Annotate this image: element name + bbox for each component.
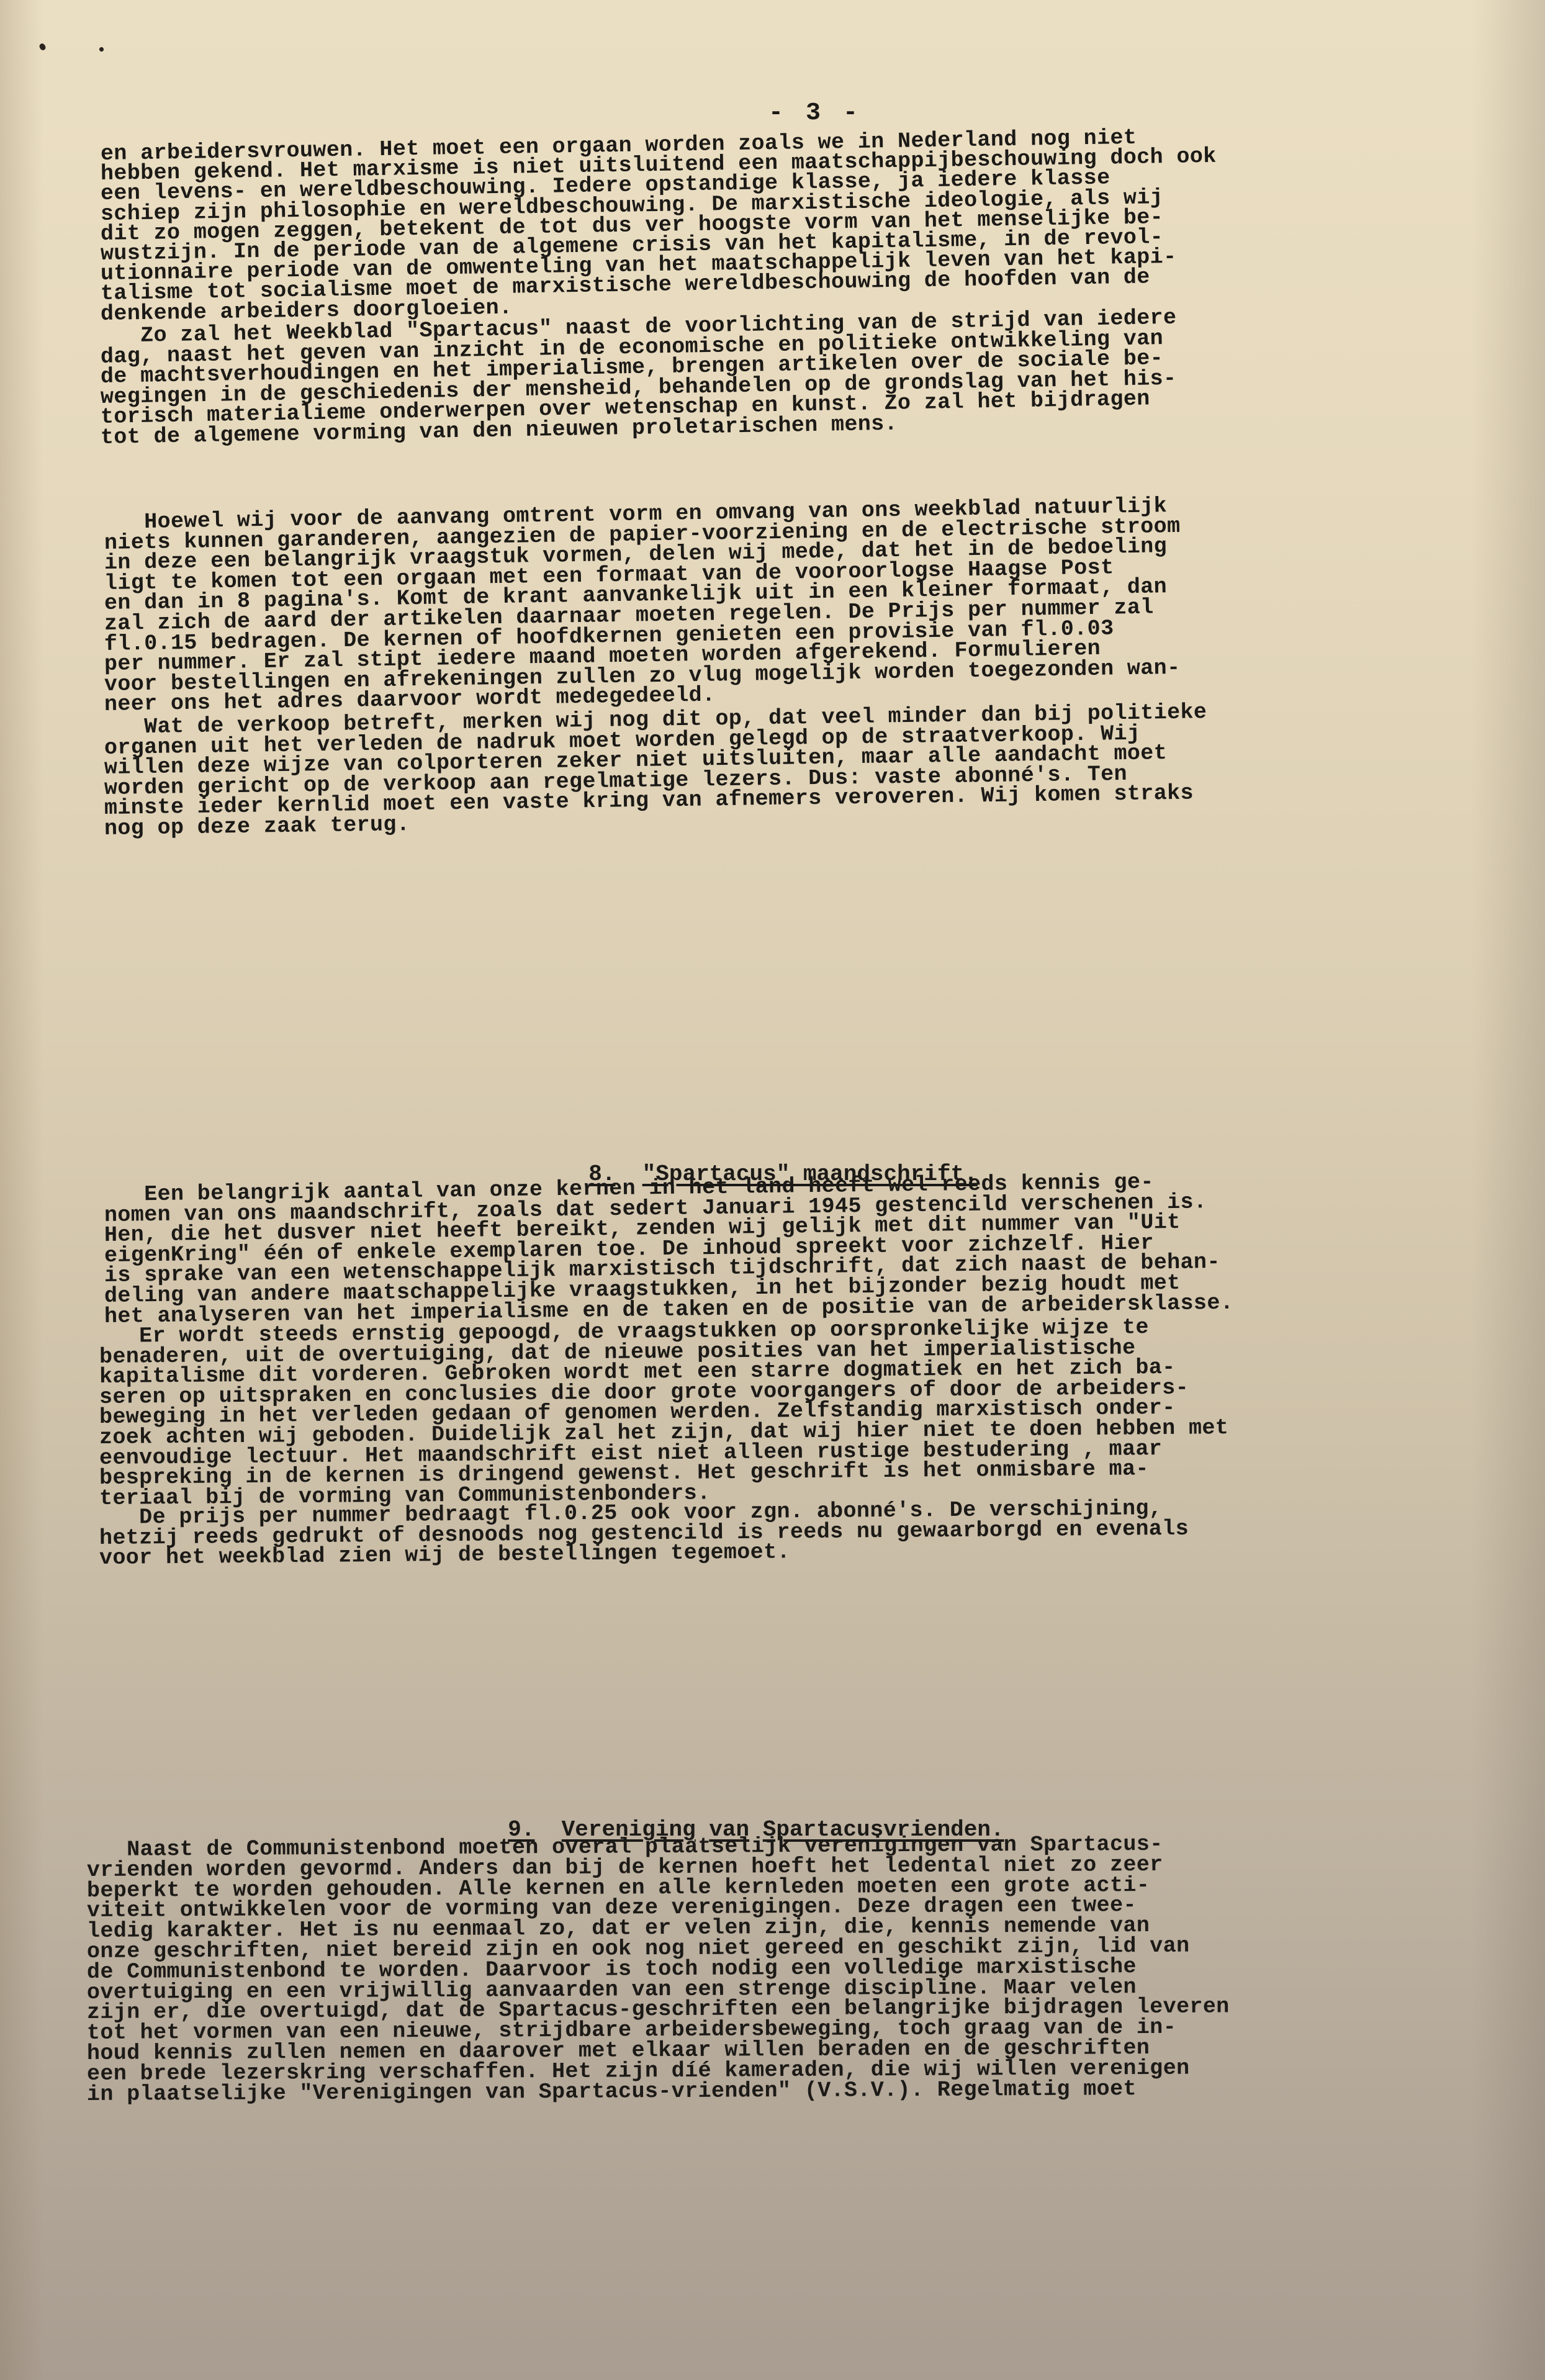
staple-mark-icon bbox=[38, 42, 47, 51]
text-line: nog op deze zaak terug. bbox=[104, 812, 410, 841]
section-8-number: 8. bbox=[588, 1161, 615, 1187]
paper-edge-shadow-right bbox=[1471, 0, 1545, 2380]
page-number: - 3 - bbox=[768, 99, 862, 127]
text-line: voor het weekblad zien wij de bestelling… bbox=[99, 1539, 790, 1571]
section-9-heading: 9. Vereniging van Spartacusvrienden. bbox=[481, 1793, 1004, 1842]
text-line: in plaatselijke "Verenigingen van Sparta… bbox=[87, 2076, 1137, 2107]
section-9-title-word-1: Vereniging bbox=[562, 1817, 696, 1842]
section-8-title: "Spartacus" maandschrift. bbox=[642, 1161, 978, 1187]
section-9-title-word-2: van bbox=[709, 1817, 749, 1842]
staple-mark-icon bbox=[99, 47, 105, 53]
section-9-number: 9. bbox=[508, 1817, 534, 1842]
section-8-heading: 8. "Spartacus" maandschrift. bbox=[562, 1137, 978, 1187]
section-9-title-word-3: Spartacusvrienden. bbox=[763, 1817, 1004, 1842]
paper-edge-shadow-left bbox=[0, 0, 43, 2380]
